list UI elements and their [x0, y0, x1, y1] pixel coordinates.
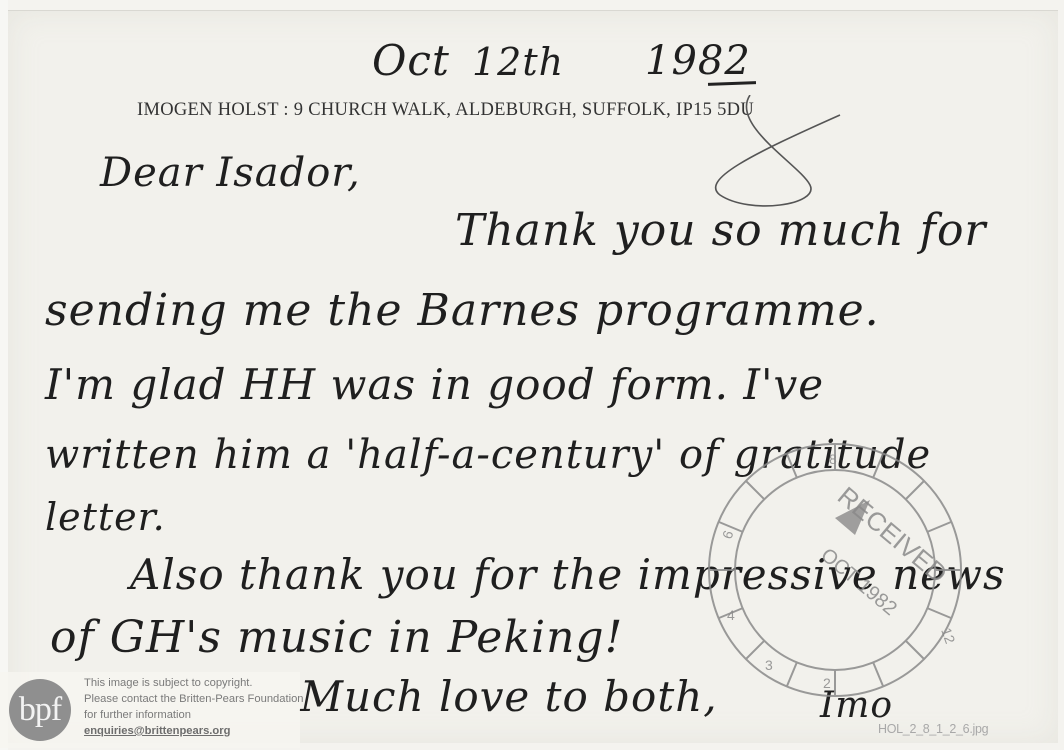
copyright-notice: This image is subject to copyright. Plea…	[84, 675, 304, 739]
svg-text:8: 8	[829, 451, 837, 467]
body-line-8: Much love to both,	[300, 672, 718, 721]
bpf-logo: bpf	[9, 679, 71, 741]
received-stamp: RECEIVED OCT 1982 8 12 6 2 3 4	[705, 440, 965, 700]
scan-edge	[0, 0, 8, 750]
svg-text:12: 12	[938, 626, 958, 646]
contact-email-link[interactable]: enquiries@brittenpears.org	[84, 723, 304, 739]
body-line-7: of GH's music in Peking!	[50, 612, 623, 663]
notice-line-3: for further information	[84, 707, 304, 723]
svg-text:4: 4	[727, 607, 735, 623]
svg-text:2: 2	[823, 675, 831, 691]
body-line-1: Thank you so much for	[455, 205, 986, 256]
date-day: 12th	[472, 40, 564, 84]
image-filename: HOL_2_8_1_2_6.jpg	[878, 722, 988, 736]
received-stamp-icon: RECEIVED OCT 1982 8 12 6 2 3 4	[705, 440, 965, 700]
svg-text:3: 3	[765, 657, 773, 673]
salutation: Dear Isador,	[100, 150, 361, 196]
svg-text:6: 6	[719, 528, 737, 541]
date-month: Oct	[372, 36, 450, 85]
body-line-2: sending me the Barnes programme.	[45, 285, 880, 336]
body-line-5: letter.	[45, 495, 166, 539]
body-line-3: I'm glad HH was in good form. I've	[45, 360, 824, 409]
notice-line-1: This image is subject to copyright.	[84, 675, 304, 691]
bpf-logo-text: bpf	[19, 691, 61, 729]
stamp-date-text: OCT 1982	[816, 544, 901, 620]
notice-line-2: Please contact the Britten-Pears Foundat…	[84, 691, 304, 707]
date-year: 1982	[645, 38, 751, 84]
